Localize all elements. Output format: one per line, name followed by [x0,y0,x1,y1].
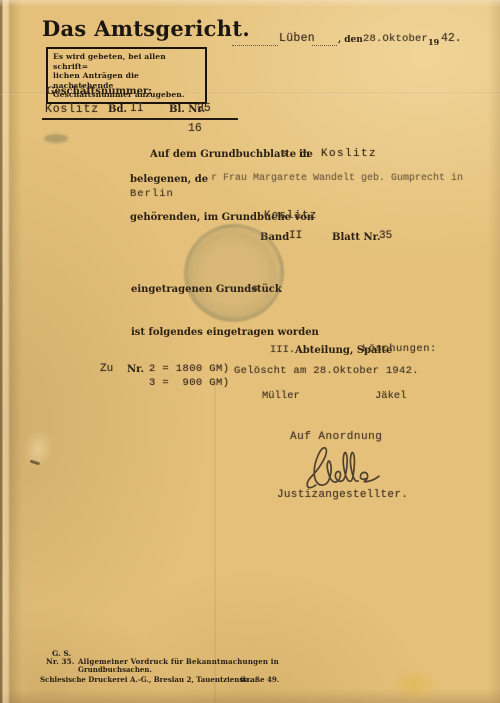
body-line2-printed: belegenen, de [130,174,208,185]
grundstueck-printed: eingetragenen Grundstück [131,284,282,295]
body-line1-in: in [299,149,310,160]
ink-smudge [44,134,68,143]
reference-label: Geschäftsnummer: [46,86,152,97]
place-name: Lüben [279,32,315,45]
bd-value: II [130,102,144,115]
body-line1-place: Koslitz [321,148,377,160]
document-page: Das Amtsgericht. Es wird gebeten, bei al… [0,0,500,703]
zu-label: Zu [100,363,113,375]
nr-label: Nr. [127,364,144,375]
entry-note: Gelöscht am 28.Oktober 1942. [234,365,419,377]
body-line1-typed-s: s [281,148,287,160]
blatt-value: 35 [379,230,392,242]
body-line1-printed: Auf dem Grundbuchblatte de [150,149,313,160]
signature [299,445,403,493]
dotted-leader [312,33,337,46]
blatt-label: Blatt Nr. [332,232,380,243]
date-typed: 28.Oktober [363,33,428,45]
court-title: Das Amtsgericht. [42,16,250,41]
entry-intro-printed: ist folgendes eingetragen worden [131,327,319,338]
clerk-name-2: Jäkel [375,390,407,402]
year-prefix: 19 [428,37,439,47]
dotted-leader [232,33,278,46]
band-value: II [289,230,302,242]
bl-value: 35 [197,102,211,115]
sub-number: 16 [188,122,202,135]
footer-code: 6a. [240,675,252,684]
notice-line-1: Es wird gebeten, bei allen schrift= [53,52,201,71]
paper-stain [392,670,438,700]
entry-row1: 2 = 1800 GM) [149,363,229,375]
grundstueck-typed-s: s [252,283,258,295]
clerk-name-1: Müller [262,390,300,402]
entry-row2: 3 = 900 GM) [149,377,229,389]
body-line3-typed: Berlin [130,188,174,200]
vertical-crease [214,380,216,703]
section-typed2: Löschungen: [362,343,437,355]
den-label: , den [338,35,363,45]
section-number-typed: III. [270,344,295,356]
bd-label: Bd. [108,104,127,115]
reference-underline [42,118,238,120]
signer-role: Justizangestellter. [277,489,408,501]
signature-stroke [299,445,403,493]
footer-form-number: Nr. 35. [46,657,74,666]
body-line2-typed: r Frau Margarete Wandelt geb. Gumprecht … [211,173,463,184]
reference-district: Koslitz [45,103,99,116]
year-typed: 42. [441,32,462,45]
body-line4-place: Koslitz [264,210,317,222]
order-label: Auf Anordnung [290,431,382,443]
footer-line2: Grundbuchsachen. [78,665,152,674]
